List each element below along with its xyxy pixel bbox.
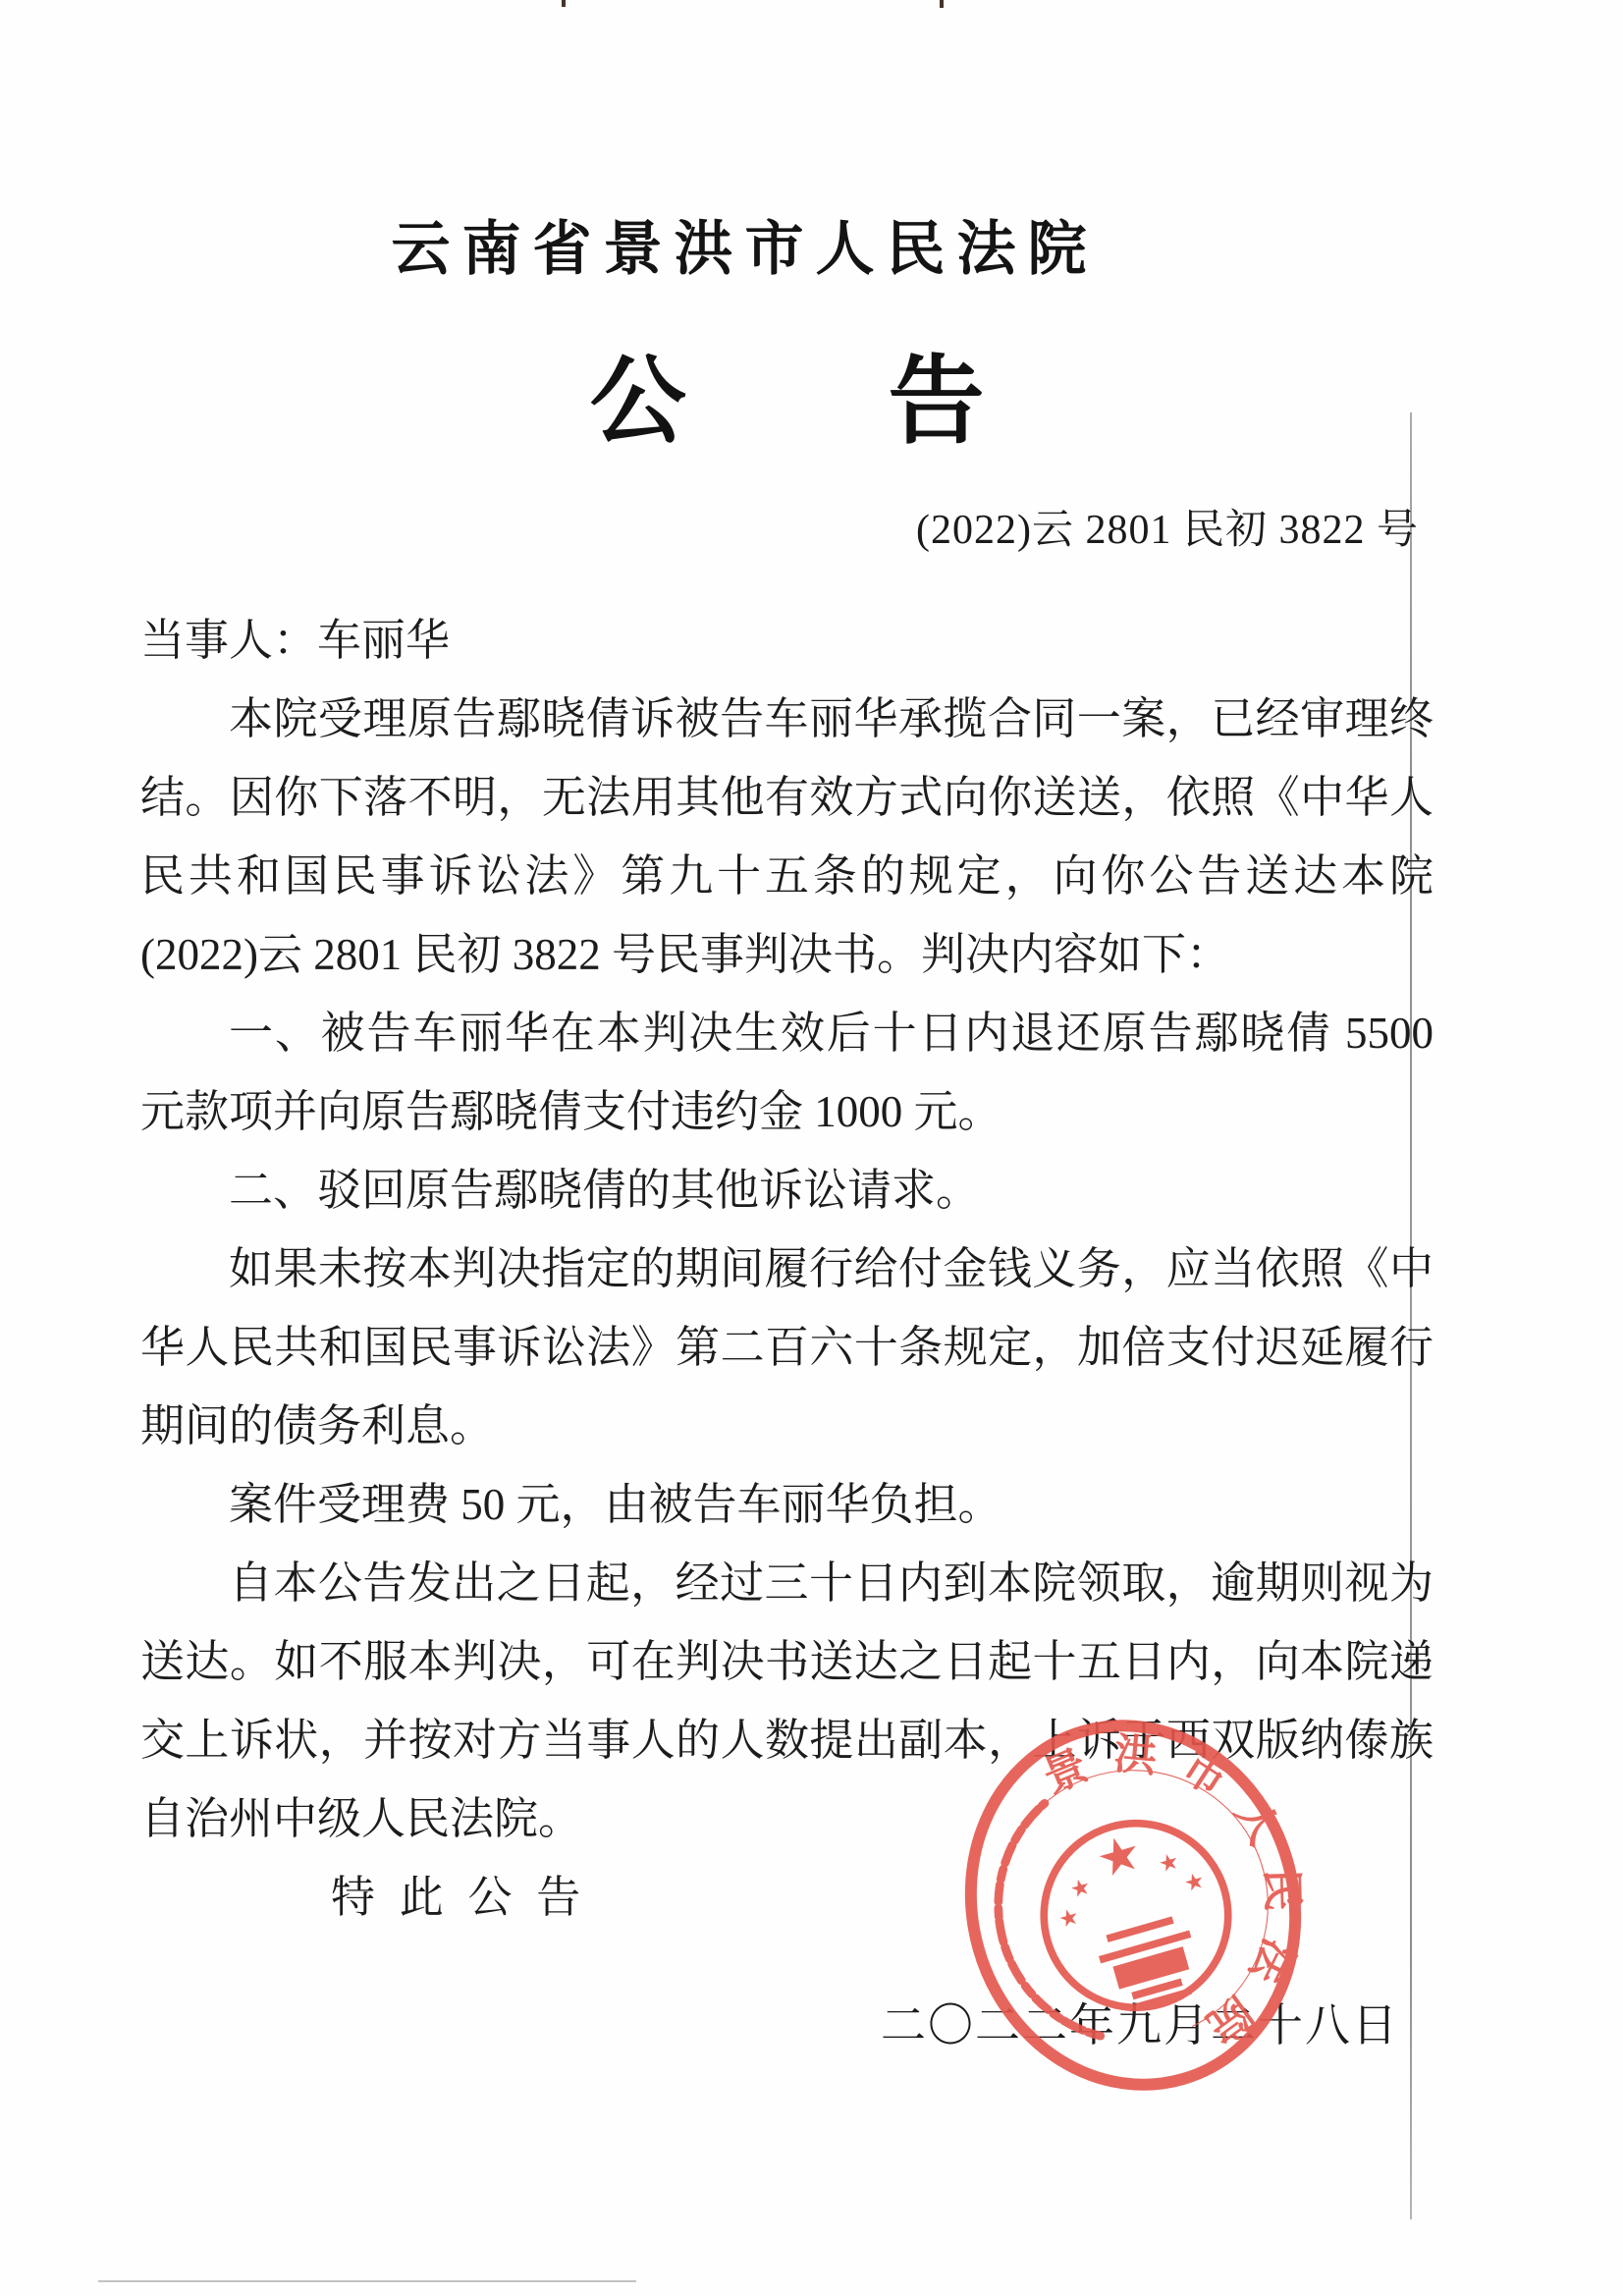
court-announcement-page: 云南省景洪市人民法院 公告 (2022)云 2801 民初 3822 号 当事人… — [0, 0, 1623, 2296]
emblem-small-star-icon: ★ — [1156, 1848, 1182, 1879]
emblem-big-star-icon: ★ — [1090, 1822, 1148, 1889]
scan-speck — [562, 0, 566, 7]
announcement-title: 公告 — [77, 324, 1623, 463]
paragraph-judgment-item-1: 一、被告车丽华在本判决生效后十日内退还原告鄢晓倩 5500 元款项并向原告鄢晓倩… — [140, 994, 1434, 1151]
official-court-seal: ★ ★ ★ ★ ★ 景洪市人民法院 — [919, 1691, 1347, 2119]
scan-artifact-bottom-line — [98, 2280, 636, 2282]
paragraph-late-performance: 如果未按本判决指定的期间履行给付金钱义务，应当依照《中华人民共和国民事诉讼法》第… — [140, 1230, 1434, 1465]
national-emblem-icon: ★ ★ ★ ★ ★ — [1022, 1802, 1250, 2030]
court-name-title: 云南省景洪市人民法院 — [0, 202, 1556, 287]
emblem-small-star-icon: ★ — [1055, 1903, 1082, 1934]
paragraph-case-summary: 本院受理原告鄢晓倩诉被告车丽华承揽合同一案，已经审理终结。因你下落不明，无法用其… — [140, 680, 1434, 994]
paragraph-court-fee: 案件受理费 50 元，由被告车丽华负担。 — [140, 1465, 1434, 1544]
case-number: (2022)云 2801 民初 3822 号 — [916, 497, 1419, 556]
paragraph-judgment-item-2: 二、驳回原告鄢晓倩的其他诉讼请求。 — [140, 1151, 1434, 1230]
seal-dai-script-arc — [970, 1803, 1110, 2054]
emblem-small-star-icon: ★ — [1067, 1874, 1094, 1904]
scan-speck — [940, 0, 944, 8]
emblem-small-star-icon: ★ — [1181, 1868, 1208, 1898]
party-line: 当事人：车丽华 — [140, 601, 1434, 680]
